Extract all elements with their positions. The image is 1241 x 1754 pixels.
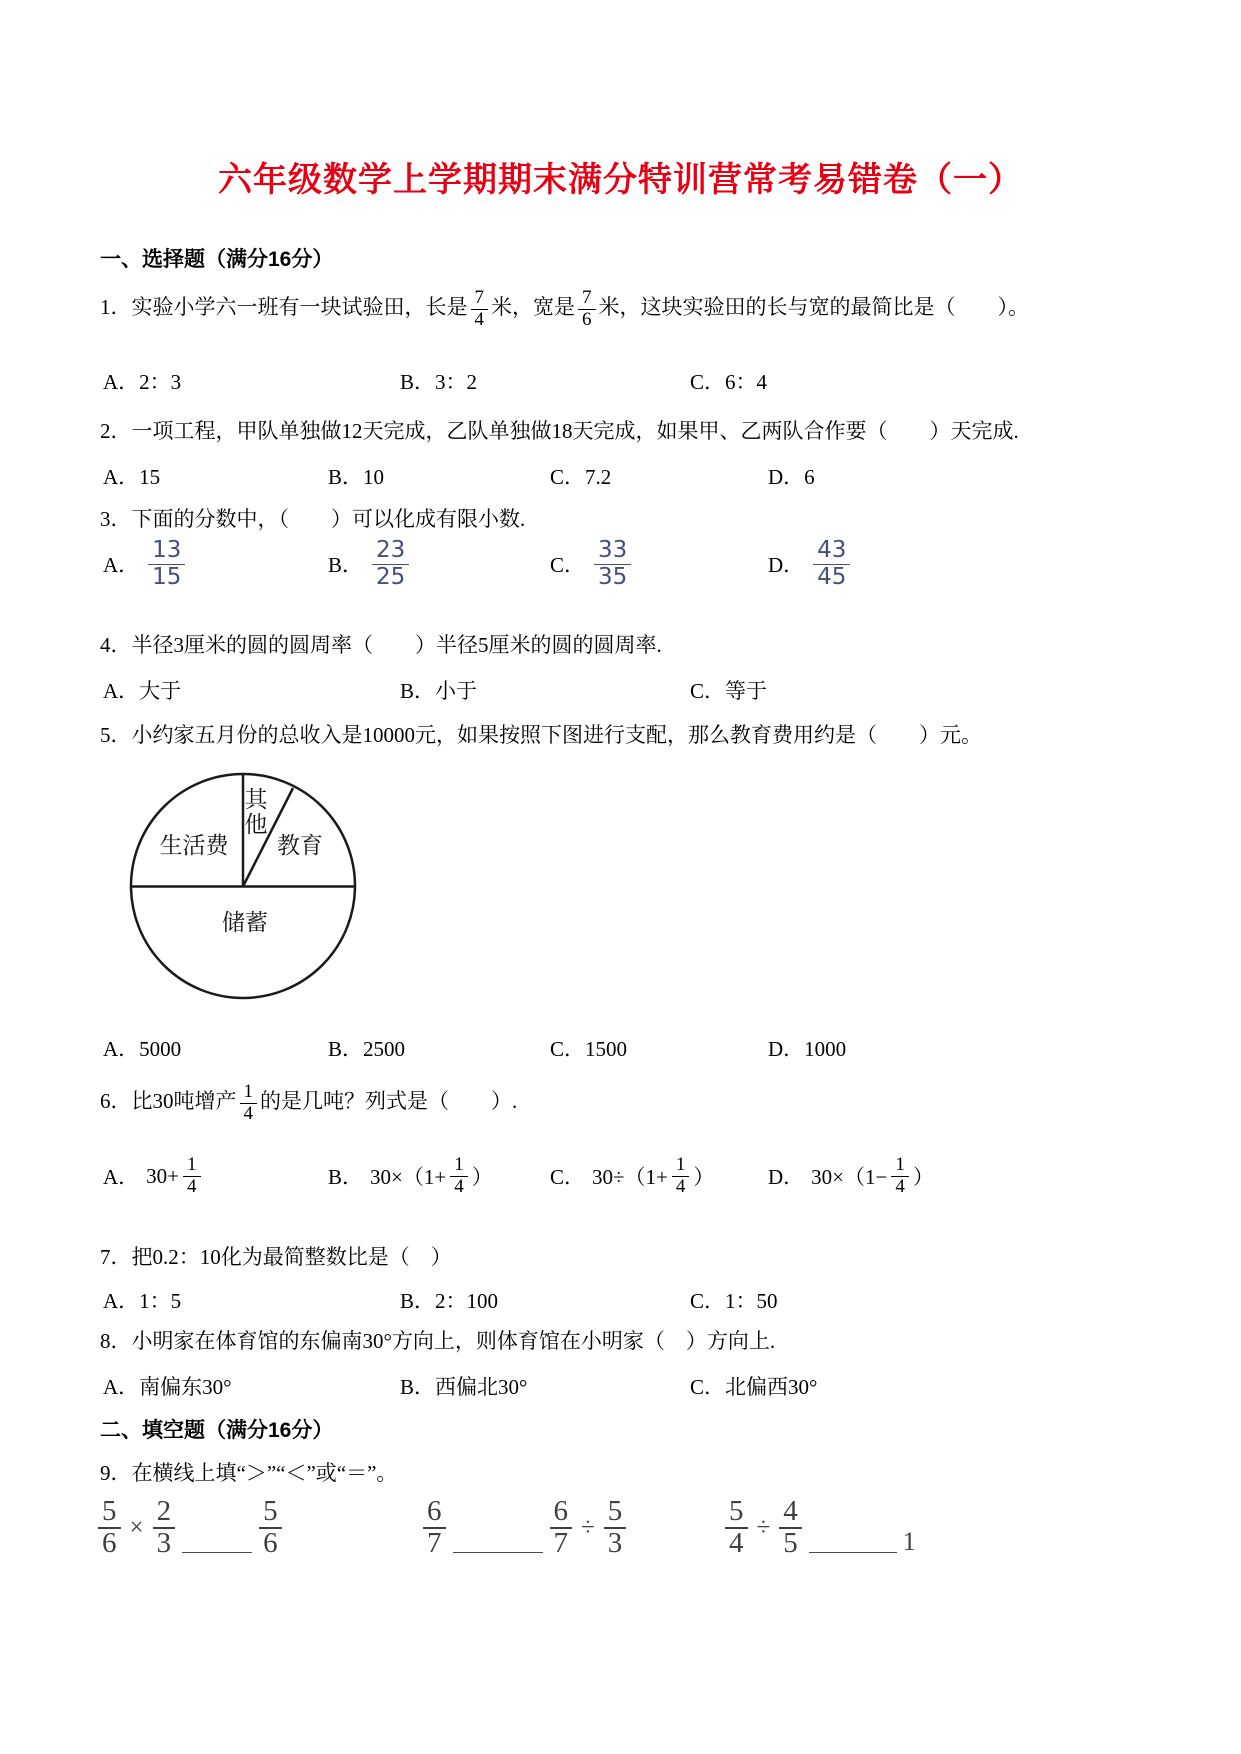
question-1-options: A．2：3 B．3：2 C．6：4 xyxy=(0,366,1241,396)
answer-blank xyxy=(809,1552,897,1553)
fraction-numerator: 43 xyxy=(813,538,850,565)
option-letter: D． xyxy=(768,1161,804,1191)
q9-expression-3: 54 ÷ 45 1 xyxy=(722,1496,916,1560)
fraction-numerator: 7 xyxy=(471,288,489,310)
fraction-denominator: 4 xyxy=(240,1104,258,1125)
fraction: 67 xyxy=(423,1497,446,1558)
q9-expression-2: 67 67 ÷ 53 xyxy=(420,1496,629,1560)
q5-option-c: C．1500 xyxy=(550,1033,627,1063)
fraction-numerator: 5 xyxy=(725,1497,748,1529)
q4-option-a: A．大于 xyxy=(103,675,181,705)
fraction: 76 xyxy=(578,288,596,330)
fraction-denominator: 4 xyxy=(672,1177,690,1198)
fraction-numerator: 5 xyxy=(98,1497,121,1529)
q7-option-c: C．1：50 xyxy=(690,1285,778,1315)
q1-text-pre: 1．实验小学六一班有一块试验田，长是 xyxy=(100,295,468,319)
math-text: ） xyxy=(693,1161,714,1191)
question-2-options: A．15 B．10 C．7.2 D．6 xyxy=(0,461,1241,491)
q2-option-d: D．6 xyxy=(768,461,815,491)
fraction: 4345 xyxy=(813,538,850,591)
question-8-options: A．南偏东30° B．西偏北30° C．北偏西30° xyxy=(0,1371,1241,1401)
fraction-denominator: 4 xyxy=(471,310,489,331)
fraction-denominator: 4 xyxy=(450,1177,468,1198)
question-9-expressions: 56 × 23 56 67 67 ÷ 53 54 ÷ 45 1 xyxy=(0,1496,1241,1560)
q5-option-b: B．2500 xyxy=(328,1033,405,1063)
fraction: 14 xyxy=(672,1155,690,1197)
question-9-text: 9．在横线上填“＞”“＜”或“＝”。 xyxy=(100,1457,397,1487)
math-text: 30×（1− xyxy=(811,1161,887,1191)
fraction: 3335 xyxy=(594,538,631,591)
fraction-denominator: 6 xyxy=(578,310,596,331)
q8-option-b: B．西偏北30° xyxy=(400,1371,527,1401)
q6-text-post: 的是几吨？列式是（ ）. xyxy=(260,1089,517,1113)
q4-option-b: B．小于 xyxy=(400,675,477,705)
question-1-text: 1．实验小学六一班有一块试验田，长是74米，宽是76米，这块实验田的长与宽的最简… xyxy=(100,288,1029,330)
answer-blank xyxy=(453,1552,543,1553)
answer-blank xyxy=(182,1552,252,1553)
option-letter: A． xyxy=(103,1161,139,1191)
divide-operator: ÷ xyxy=(757,1514,771,1542)
math-text: 30÷（1+ xyxy=(592,1161,668,1191)
fraction-numerator: 6 xyxy=(423,1497,446,1529)
pie-chart: 生活费 其 他 教育 储蓄 xyxy=(115,765,375,1010)
q7-option-a: A．1：5 xyxy=(103,1285,181,1315)
fraction-denominator: 7 xyxy=(423,1529,446,1559)
option-letter: B． xyxy=(328,549,363,579)
question-7-text: 7．把0.2：10化为最简整数比是（ ） xyxy=(100,1241,452,1271)
option-letter: C． xyxy=(550,1161,585,1191)
fraction: 67 xyxy=(550,1497,573,1558)
fraction-denominator: 6 xyxy=(98,1529,121,1559)
fraction-numerator: 1 xyxy=(183,1155,201,1177)
q6-option-d: D． 30×（1− 14 ） xyxy=(768,1155,935,1197)
fraction-denominator: 4 xyxy=(891,1177,909,1198)
fraction-denominator: 7 xyxy=(550,1529,573,1559)
fraction-numerator: 33 xyxy=(594,538,631,565)
q2-option-a: A．15 xyxy=(103,461,160,491)
fraction: 14 xyxy=(240,1082,258,1124)
section-2-heading: 二、填空题（满分16分） xyxy=(100,1414,333,1444)
fraction: 54 xyxy=(725,1497,748,1558)
fraction-numerator: 1 xyxy=(450,1155,468,1177)
fraction: 14 xyxy=(183,1155,201,1197)
q3-option-c: C． 3335 xyxy=(550,538,634,591)
pie-label-education: 教育 xyxy=(277,833,323,858)
q2-option-b: B．10 xyxy=(328,461,384,491)
fraction-denominator: 6 xyxy=(259,1529,282,1559)
question-3-text: 3．下面的分数中，（ ）可以化成有限小数. xyxy=(100,503,525,533)
q6-text-pre: 6．比30吨增产 xyxy=(100,1089,237,1113)
question-4-text: 4．半径3厘米的圆的圆周率（ ）半径5厘米的圆的圆周率. xyxy=(100,629,662,659)
fraction: 45 xyxy=(779,1497,802,1558)
fraction-denominator: 4 xyxy=(725,1529,748,1559)
fraction-numerator: 1 xyxy=(672,1155,690,1177)
fraction-numerator: 5 xyxy=(259,1497,282,1529)
fraction: 23 xyxy=(153,1497,176,1558)
comparison-value: 1 xyxy=(903,1527,916,1557)
pie-label-other-char2: 他 xyxy=(245,812,268,837)
fraction-denominator: 5 xyxy=(779,1529,802,1559)
fraction-numerator: 7 xyxy=(578,288,596,310)
math-text: ） xyxy=(472,1161,493,1191)
option-letter: C． xyxy=(550,549,585,579)
question-8-text: 8．小明家在体育馆的东偏南30°方向上，则体育馆在小明家（ ）方向上. xyxy=(100,1325,775,1355)
q1-option-c: C．6：4 xyxy=(690,366,767,396)
q5-option-d: D．1000 xyxy=(768,1033,846,1063)
divide-operator: ÷ xyxy=(581,1514,595,1542)
fraction-numerator: 5 xyxy=(604,1497,627,1529)
q3-option-d: D． 4345 xyxy=(768,538,853,591)
fraction: 14 xyxy=(891,1155,909,1197)
q6-option-c: C． 30÷（1+ 14 ） xyxy=(550,1155,715,1197)
fraction-numerator: 4 xyxy=(779,1497,802,1529)
q7-option-b: B．2：100 xyxy=(400,1285,498,1315)
q1-option-b: B．3：2 xyxy=(400,366,477,396)
fraction-denominator: 25 xyxy=(372,565,409,591)
option-letter: B． xyxy=(328,1161,363,1191)
page-title: 六年级数学上学期期末满分特训营常考易错卷（一） xyxy=(0,152,1241,201)
question-7-options: A．1：5 B．2：100 C．1：50 xyxy=(0,1285,1241,1315)
fraction-denominator: 4 xyxy=(183,1177,201,1198)
q9-expression-1: 56 × 23 56 xyxy=(95,1496,285,1560)
q4-option-c: C．等于 xyxy=(690,675,767,705)
question-5-options: A．5000 B．2500 C．1500 D．1000 xyxy=(0,1033,1241,1063)
pie-label-other-char1: 其 xyxy=(245,787,269,812)
fraction-denominator: 45 xyxy=(813,565,850,591)
q3-option-a: A． 1315 xyxy=(103,538,188,591)
question-2-text: 2．一项工程，甲队单独做12天完成，乙队单独做18天完成，如果甲、乙两队合作要（… xyxy=(100,415,1019,445)
math-text: 30+ xyxy=(146,1164,179,1189)
fraction: 14 xyxy=(450,1155,468,1197)
fraction: 74 xyxy=(471,288,489,330)
fraction-numerator: 6 xyxy=(550,1497,573,1529)
fraction: 56 xyxy=(98,1497,121,1558)
multiply-operator: × xyxy=(130,1514,144,1542)
fraction-numerator: 23 xyxy=(372,538,409,565)
q1-text-mid: 米，宽是 xyxy=(491,295,575,319)
q8-option-c: C．北偏西30° xyxy=(690,1371,817,1401)
fraction: 1315 xyxy=(148,538,185,591)
option-letter: D． xyxy=(768,549,804,579)
fraction-numerator: 1 xyxy=(891,1155,909,1177)
q6-option-b: B． 30×（1+ 14 ） xyxy=(328,1155,494,1197)
fraction-denominator: 3 xyxy=(153,1529,176,1559)
fraction: 53 xyxy=(604,1497,627,1558)
q5-option-a: A．5000 xyxy=(103,1033,181,1063)
math-text: 30×（1+ xyxy=(370,1161,446,1191)
fraction: 56 xyxy=(259,1497,282,1558)
fraction-denominator: 35 xyxy=(594,565,631,591)
question-6-options: A． 30+ 14 B． 30×（1+ 14 ） C． 30÷（1+ 14 ） … xyxy=(0,1155,1241,1207)
exam-page: 六年级数学上学期期末满分特训营常考易错卷（一） 一、选择题（满分16分） 1．实… xyxy=(0,0,1241,1754)
q2-option-c: C．7.2 xyxy=(550,461,611,491)
question-4-options: A．大于 B．小于 C．等于 xyxy=(0,675,1241,705)
pie-label-savings: 储蓄 xyxy=(222,910,268,935)
section-1-heading: 一、选择题（满分16分） xyxy=(100,243,333,273)
math-text: ） xyxy=(913,1161,934,1191)
q1-text-post: 米，这块实验田的长与宽的最简比是（ ）。 xyxy=(599,295,1030,319)
fraction: 2325 xyxy=(372,538,409,591)
fraction-denominator: 15 xyxy=(148,565,185,591)
pie-label-living-expenses: 生活费 xyxy=(160,833,230,858)
fraction-denominator: 3 xyxy=(604,1529,627,1559)
option-letter: A． xyxy=(103,549,139,579)
fraction-numerator: 1 xyxy=(240,1082,258,1104)
question-6-text: 6．比30吨增产14的是几吨？列式是（ ）. xyxy=(100,1082,517,1124)
fraction-numerator: 13 xyxy=(148,538,185,565)
question-5-text: 5．小约家五月份的总收入是10000元，如果按照下图进行支配，那么教育费用约是（… xyxy=(100,719,982,749)
q8-option-a: A．南偏东30° xyxy=(103,1371,232,1401)
q1-option-a: A．2：3 xyxy=(103,366,181,396)
fraction-numerator: 2 xyxy=(153,1497,176,1529)
q6-option-a: A． 30+ 14 xyxy=(103,1155,206,1197)
q3-option-b: B． 2325 xyxy=(328,538,412,591)
question-3-options: A． 1315 B． 2325 C． 3335 D． 4345 xyxy=(0,538,1241,598)
